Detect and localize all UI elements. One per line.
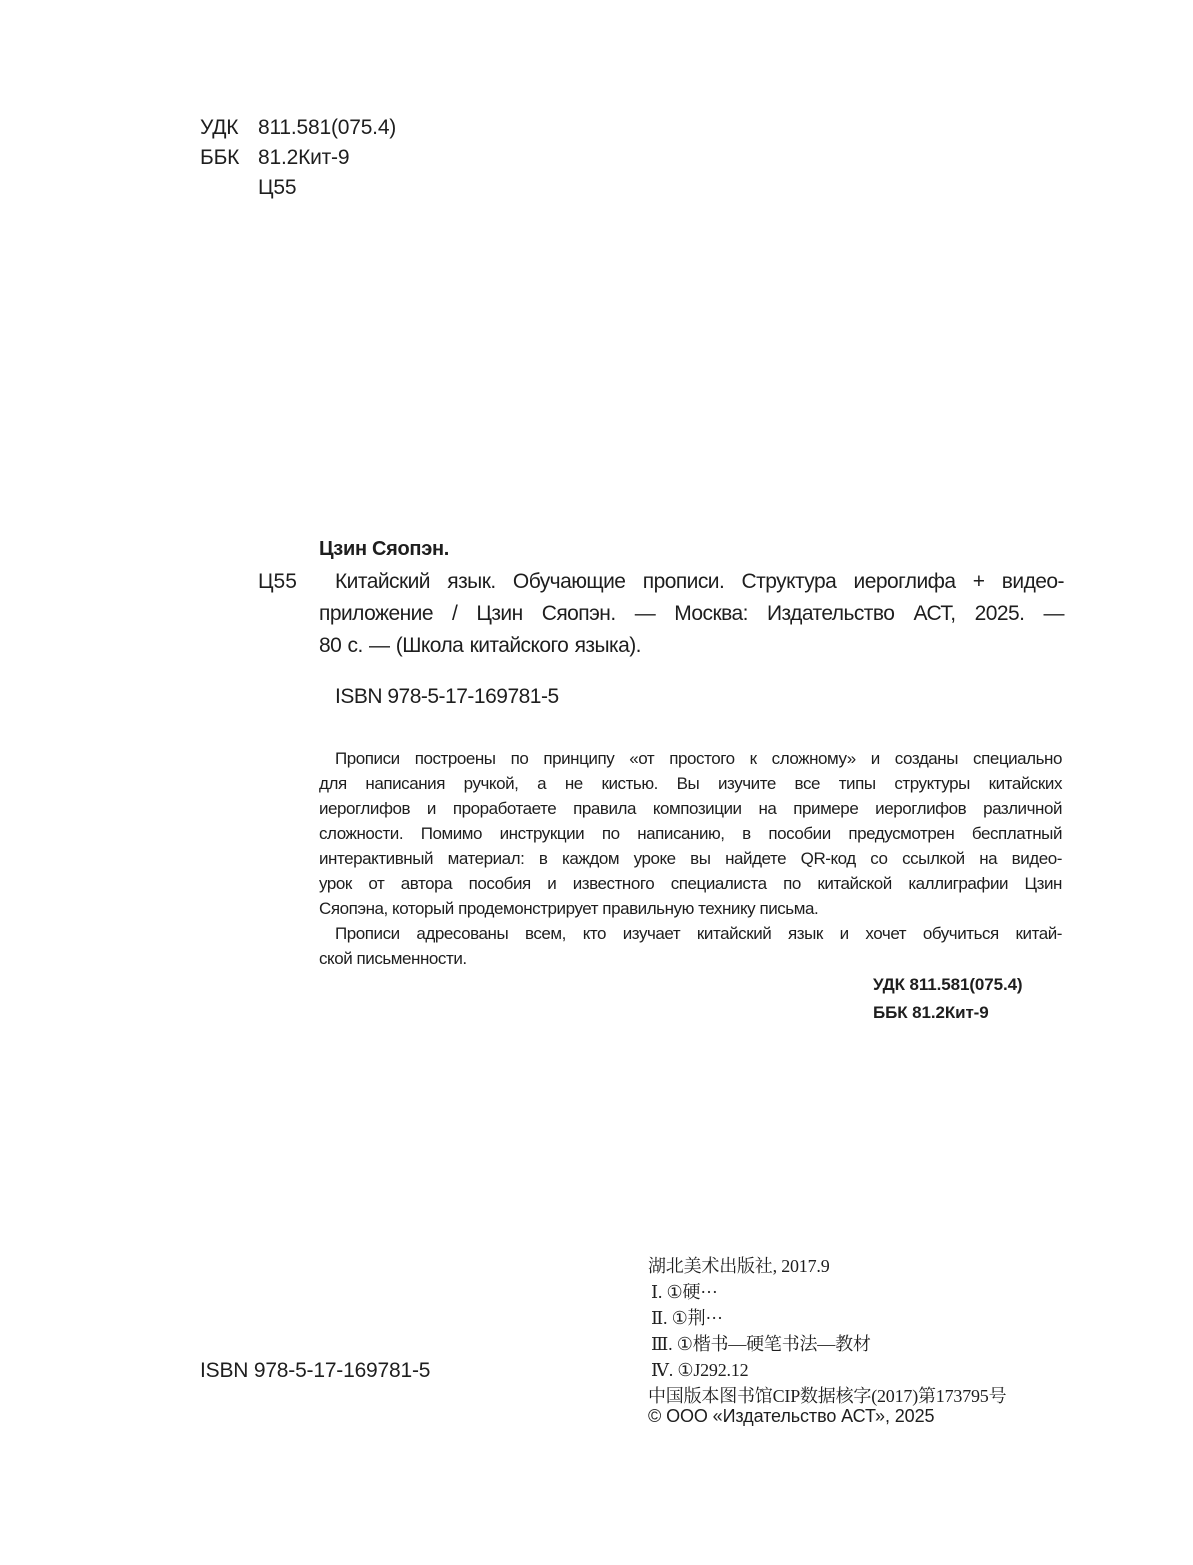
annotation-line: для написания ручкой, а не кистью. Вы из… — [319, 771, 1062, 796]
annotation-line: ской письменности. — [319, 946, 1062, 971]
copyright: © ООО «Издательство АСТ», 2025 — [648, 1403, 934, 1429]
record-line: приложение / Цзин Сяопэн. — Москва: Изда… — [319, 598, 1064, 630]
annotation-line: иероглифов и проработаете правила композ… — [319, 796, 1062, 821]
cip-data: 湖北美术出版社, 2017.9 Ⅰ. ①硬··· Ⅱ. ①荆··· Ⅲ. ①楷书… — [648, 1253, 1006, 1409]
udk-row: УДК 811.581(075.4) — [200, 113, 396, 143]
spacer — [200, 173, 258, 203]
record-author: Цзин Сяопэн. — [319, 535, 449, 563]
cip-line: Ⅱ. ①荆··· — [648, 1305, 1006, 1331]
cip-line: Ⅲ. ①楷书—硬笔书法—教材 — [648, 1331, 1006, 1357]
author-sign: Ц55 — [258, 173, 296, 203]
bbk-code: ББК 81.2Кит-9 — [873, 999, 1023, 1027]
cip-publisher-line: 湖北美术出版社, 2017.9 — [648, 1253, 1006, 1279]
author-sign-row: Ц55 — [200, 173, 396, 203]
annotation-line: Прописи построены по принципу «от просто… — [319, 746, 1062, 771]
classification-header: УДК 811.581(075.4) ББК 81.2Кит-9 Ц55 — [200, 113, 396, 203]
annotation-line: урок от автора пособия и известного спец… — [319, 871, 1062, 896]
udk-code: УДК 811.581(075.4) — [873, 971, 1023, 999]
bbk-value: 81.2Кит-9 — [258, 143, 349, 173]
bbk-label: ББК — [200, 143, 258, 173]
annotation-line: Сяопэна, который продемонстрирует правил… — [319, 896, 1062, 921]
udk-value: 811.581(075.4) — [258, 113, 396, 143]
annotation-line: сложности. Помимо инструкции по написани… — [319, 821, 1062, 846]
record-description: Китайский язык. Обучающие прописи. Струк… — [319, 566, 1064, 662]
annotation-line: интерактивный материал: в каждом уроке в… — [319, 846, 1062, 871]
classification-footer: УДК 811.581(075.4) ББК 81.2Кит-9 — [873, 971, 1023, 1027]
bbk-row: ББК 81.2Кит-9 — [200, 143, 396, 173]
annotation-line: Прописи адресованы всем, кто изучает кит… — [319, 921, 1062, 946]
bottom-isbn: ISBN 978-5-17-169781-5 — [200, 1357, 430, 1385]
record-line: Китайский язык. Обучающие прописи. Струк… — [319, 566, 1064, 598]
cip-line: Ⅳ. ①J292.12 — [648, 1357, 1006, 1383]
cip-line: Ⅰ. ①硬··· — [648, 1279, 1006, 1305]
udk-label: УДК — [200, 113, 258, 143]
annotation: Прописи построены по принципу «от просто… — [319, 746, 1062, 971]
record-line: 80 с. — (Школа китайского языка). — [319, 630, 1064, 662]
record-isbn: ISBN 978-5-17-169781-5 — [335, 683, 559, 711]
record-author-sign: Ц55 — [258, 566, 297, 598]
